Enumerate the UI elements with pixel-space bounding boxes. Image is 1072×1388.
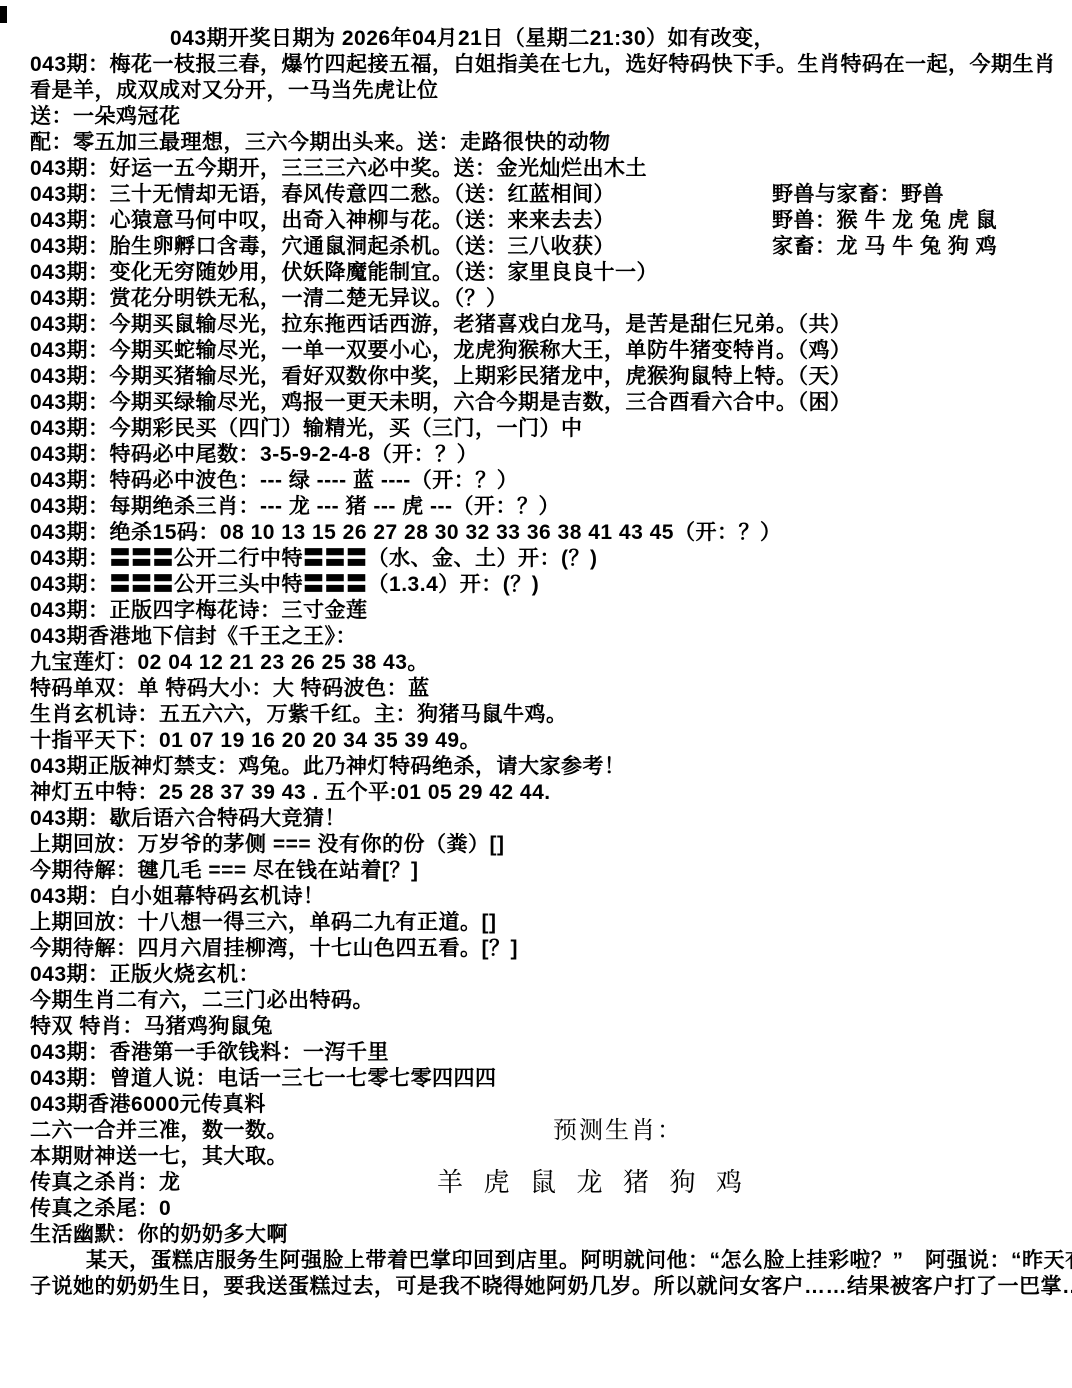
text-line: 043期：今期买绿输尽光，鸡报一更天未明，六合今期是吉数，三合酉看六合中。（困） — [30, 390, 1062, 416]
text-line: 043期正版神灯禁支：鸡兔。此乃神灯特码绝杀，请大家参考！ — [30, 754, 1062, 780]
text-line: 043期：今期买猪输尽光，看好双数你中奖，上期彩民猪龙中，虎猴狗鼠特上特。（天） — [30, 364, 1062, 390]
line-text: 某天，蛋糕店服务生阿强脸上带着巴掌印回到店里。阿明就问他：“怎么脸上挂彩啦？” … — [86, 1249, 1072, 1272]
side-note: 野兽：猴 牛 龙 兔 虎 鼠 — [772, 208, 997, 234]
text-line: 043期：每期绝杀三肖：--- 龙 --- 猪 --- 虎 ---（开：？） — [30, 494, 1062, 520]
line-text: 043期正版神灯禁支：鸡兔。此乃神灯特码绝杀，请大家参考！ — [30, 755, 626, 778]
text-line: 043期：赏花分明铁无私，一清二楚无异议。（？） — [30, 286, 1062, 312]
line-text: 043期：歇后语六合特码大竞猜！ — [30, 807, 346, 830]
line-text: 043期香港地下信封《千王之王》： — [30, 625, 357, 648]
text-line: 043期：好运一五今期开，三三三六必中奖。送：金光灿烂出木土 — [30, 156, 1062, 182]
scan-artifact — [0, 6, 7, 23]
line-text: 043期：〓〓〓公开三头中特〓〓〓（1.3.4）开：(？) — [30, 573, 539, 596]
text-line: 神灯五中特：25 28 37 39 43 . 五个平:01 05 29 42 4… — [30, 780, 1062, 806]
line-text: 本期财神送一七，其大取。 — [30, 1145, 288, 1168]
line-text: 043期：今期彩民买（四门）输精光，买（三门，一门）中 — [30, 417, 583, 440]
text-line: 043期：今期买蛇输尽光，一单一双要小心，龙虎狗猴称大王，单防牛猪变特肖。（鸡） — [30, 338, 1062, 364]
text-line: 043期：特码必中尾数：3-5-9-2-4-8（开：？） — [30, 442, 1062, 468]
text-line: 特码单双：单 特码大小：大 特码波色：蓝 — [30, 676, 1062, 702]
line-text: 043期：今期买猪输尽光，看好双数你中奖，上期彩民猪龙中，虎猴狗鼠特上特。（天） — [30, 365, 852, 388]
side-note: 家畜：龙 马 牛 兔 狗 鸡 — [772, 234, 997, 260]
line-text: 043期：正版火烧玄机： — [30, 963, 260, 986]
line-text: 看是羊，成双成对又分开，一马当先虎让位 — [30, 79, 439, 102]
line-text: 生活幽默：你的奶奶多大啊 — [30, 1223, 288, 1246]
line-text: 传真之杀尾：0 — [30, 1197, 171, 1220]
text-line: 十指平天下：01 07 19 16 20 20 34 35 39 49。 — [30, 728, 1062, 754]
line-text: 043期：今期买绿输尽光，鸡报一更天未明，六合今期是吉数，三合酉看六合中。（困） — [30, 391, 852, 414]
text-line: 043期：白小姐幕特码玄机诗！ — [30, 884, 1062, 910]
line-text: 二六一合并三准，数一数。 — [30, 1119, 288, 1142]
side-note: 野兽与家畜：野兽 — [772, 182, 944, 208]
line-text: 043期：胎生卵孵口含毒，穴通鼠洞起杀机。（送：三八收获） — [30, 235, 615, 258]
line-text: 特码单双：单 特码大小：大 特码波色：蓝 — [30, 677, 430, 700]
text-line: 送：一朵鸡冠花 — [30, 104, 1062, 130]
text-line: 本期财神送一七，其大取。 — [30, 1144, 1062, 1170]
line-text: 043期：香港第一手欲钱料：一泻千里 — [30, 1041, 389, 1064]
text-line: 二六一合并三准，数一数。预测生肖： — [30, 1118, 1062, 1144]
line-text: 043期：今期买蛇输尽光，一单一双要小心，龙虎狗猴称大王，单防牛猪变特肖。（鸡） — [30, 339, 852, 362]
text-line: 上期回放：十八想一得三六，单码二九有正道。[] — [30, 910, 1062, 936]
predict-title: 预测生肖： — [553, 1118, 683, 1144]
line-text: 子说她的奶奶生日，要我送蛋糕过去，可是我不晓得她阿奶几岁。所以就问女客户……结果… — [30, 1275, 1072, 1298]
text-line: 043期：歇后语六合特码大竞猜！ — [30, 806, 1062, 832]
line-text: 043期：变化无穷随妙用，伏妖降魔能制宜。（送：家里良良十一） — [30, 261, 658, 284]
predict-animals: 羊 虎 鼠 龙 猪 狗 鸡 — [437, 1170, 749, 1196]
text-line: 今期待解：四月六眉挂柳湾，十七山色四五看。[？] — [30, 936, 1062, 962]
text-line: 043期：今期彩民买（四门）输精光，买（三门，一门）中 — [30, 416, 1062, 442]
line-text: 043期香港6000元传真料 — [30, 1093, 266, 1116]
text-line: 传真之杀尾：0 — [30, 1196, 1062, 1222]
line-text: 043期：正版四字梅花诗：三寸金莲 — [30, 599, 368, 622]
line-text: 上期回放：万岁爷的茅侧 === 没有你的份（粪）[] — [30, 833, 504, 856]
text-line: 今期生肖二有六，二三门必出特码。 — [30, 988, 1062, 1014]
line-text: 今期待解：四月六眉挂柳湾，十七山色四五看。[？] — [30, 937, 518, 960]
text-line: 生肖玄机诗：五五六六，万紫千红。主：狗猪马鼠牛鸡。 — [30, 702, 1062, 728]
line-text: 043期：三十无情却无语，春风传意四二愁。（送：红蓝相间） — [30, 183, 615, 206]
line-text: 043期：曾道人说：电话一三七一七零七零四四四 — [30, 1067, 497, 1090]
line-text: 今期生肖二有六，二三门必出特码。 — [30, 989, 374, 1012]
text-line: 043期：〓〓〓公开三头中特〓〓〓（1.3.4）开：(？) — [30, 572, 1062, 598]
line-text: 今期待解：毽几毛 === 尽在钱在站着[？] — [30, 859, 418, 882]
line-text: 043期：赏花分明铁无私，一清二楚无异议。（？） — [30, 287, 508, 310]
line-text: 043期：梅花一枝报三春，爆竹四起接五福，白姐指美在七九，选好特码快下手。生肖特… — [30, 53, 1056, 76]
text-line: 043期：〓〓〓公开二行中特〓〓〓（水、金、土）开：(？) — [30, 546, 1062, 572]
line-text: 043期：特码必中尾数：3-5-9-2-4-8（开：？） — [30, 443, 478, 466]
text-line: 043期：香港第一手欲钱料：一泻千里 — [30, 1040, 1062, 1066]
text-line: 043期：今期买鼠输尽光，拉东拖西话西游，老猪喜戏白龙马，是苦是甜仨兄弟。（共） — [30, 312, 1062, 338]
text-line: 043期：心猿意马何中叹，出奇入神柳与花。（送：来来去去）野兽：猴 牛 龙 兔 … — [30, 208, 1062, 234]
line-text: 上期回放：十八想一得三六，单码二九有正道。[] — [30, 911, 497, 934]
text-line: 特双 特肖：马猪鸡狗鼠兔 — [30, 1014, 1062, 1040]
line-text: 特双 特肖：马猪鸡狗鼠兔 — [30, 1015, 273, 1038]
line-text: 神灯五中特：25 28 37 39 43 . 五个平:01 05 29 42 4… — [30, 781, 551, 804]
text-line: 九宝莲灯：02 04 12 21 23 26 25 38 43。 — [30, 650, 1062, 676]
text-line: 043期：绝杀15码：08 10 13 15 26 27 28 30 32 33… — [30, 520, 1062, 546]
line-text: 043期：心猿意马何中叹，出奇入神柳与花。（送：来来去去） — [30, 209, 615, 232]
lottery-tip-sheet: 043期开奖日期为 2026年04月21日（星期二21:30）如有改变，043期… — [0, 0, 1072, 1388]
line-text: 生肖玄机诗：五五六六，万紫千红。主：狗猪马鼠牛鸡。 — [30, 703, 568, 726]
line-text: 043期：〓〓〓公开二行中特〓〓〓（水、金、土）开：(？) — [30, 547, 598, 570]
line-text: 十指平天下：01 07 19 16 20 20 34 35 39 49。 — [30, 729, 481, 752]
line-text: 送：一朵鸡冠花 — [30, 105, 181, 128]
text-line: 子说她的奶奶生日，要我送蛋糕过去，可是我不晓得她阿奶几岁。所以就问女客户……结果… — [30, 1274, 1062, 1300]
line-text: 043期：今期买鼠输尽光，拉东拖西话西游，老猪喜戏白龙马，是苦是甜仨兄弟。（共） — [30, 313, 852, 336]
line-text: 043期：特码必中波色：--- 绿 ---- 蓝 ----（开：？） — [30, 469, 518, 492]
text-line: 043期：特码必中波色：--- 绿 ---- 蓝 ----（开：？） — [30, 468, 1062, 494]
line-text: 九宝莲灯：02 04 12 21 23 26 25 38 43。 — [30, 651, 429, 674]
line-text: 043期：绝杀15码：08 10 13 15 26 27 28 30 32 33… — [30, 521, 781, 544]
document-lines: 043期开奖日期为 2026年04月21日（星期二21:30）如有改变，043期… — [30, 26, 1062, 1300]
text-line: 今期待解：毽几毛 === 尽在钱在站着[？] — [30, 858, 1062, 884]
text-line: 043期：曾道人说：电话一三七一七零七零四四四 — [30, 1066, 1062, 1092]
text-line: 043期香港6000元传真料 — [30, 1092, 1062, 1118]
text-line: 043期香港地下信封《千王之王》： — [30, 624, 1062, 650]
text-line: 043期：梅花一枝报三春，爆竹四起接五福，白姐指美在七九，选好特码快下手。生肖特… — [30, 52, 1062, 78]
text-line: 043期开奖日期为 2026年04月21日（星期二21:30）如有改变， — [30, 26, 1062, 52]
text-line: 某天，蛋糕店服务生阿强脸上带着巴掌印回到店里。阿明就问他：“怎么脸上挂彩啦？” … — [30, 1248, 1062, 1274]
text-line: 传真之杀肖：龙羊 虎 鼠 龙 猪 狗 鸡 — [30, 1170, 1062, 1196]
line-text: 043期开奖日期为 2026年04月21日（星期二21:30）如有改变， — [170, 27, 775, 50]
line-text: 043期：每期绝杀三肖：--- 龙 --- 猪 --- 虎 ---（开：？） — [30, 495, 560, 518]
text-line: 生活幽默：你的奶奶多大啊 — [30, 1222, 1062, 1248]
line-text: 043期：好运一五今期开，三三三六必中奖。送：金光灿烂出木土 — [30, 157, 647, 180]
text-line: 043期：正版四字梅花诗：三寸金莲 — [30, 598, 1062, 624]
text-line: 配：零五加三最理想，三六今期出头来。送：走路很快的动物 — [30, 130, 1062, 156]
line-text: 传真之杀肖：龙 — [30, 1171, 181, 1194]
text-line: 043期：胎生卵孵口含毒，穴通鼠洞起杀机。（送：三八收获）家畜：龙 马 牛 兔 … — [30, 234, 1062, 260]
text-line: 看是羊，成双成对又分开，一马当先虎让位 — [30, 78, 1062, 104]
line-text: 配：零五加三最理想，三六今期出头来。送：走路很快的动物 — [30, 131, 611, 154]
text-line: 上期回放：万岁爷的茅侧 === 没有你的份（粪）[] — [30, 832, 1062, 858]
text-line: 043期：变化无穷随妙用，伏妖降魔能制宜。（送：家里良良十一） — [30, 260, 1062, 286]
line-text: 043期：白小姐幕特码玄机诗！ — [30, 885, 325, 908]
text-line: 043期：正版火烧玄机： — [30, 962, 1062, 988]
text-line: 043期：三十无情却无语，春风传意四二愁。（送：红蓝相间）野兽与家畜：野兽 — [30, 182, 1062, 208]
